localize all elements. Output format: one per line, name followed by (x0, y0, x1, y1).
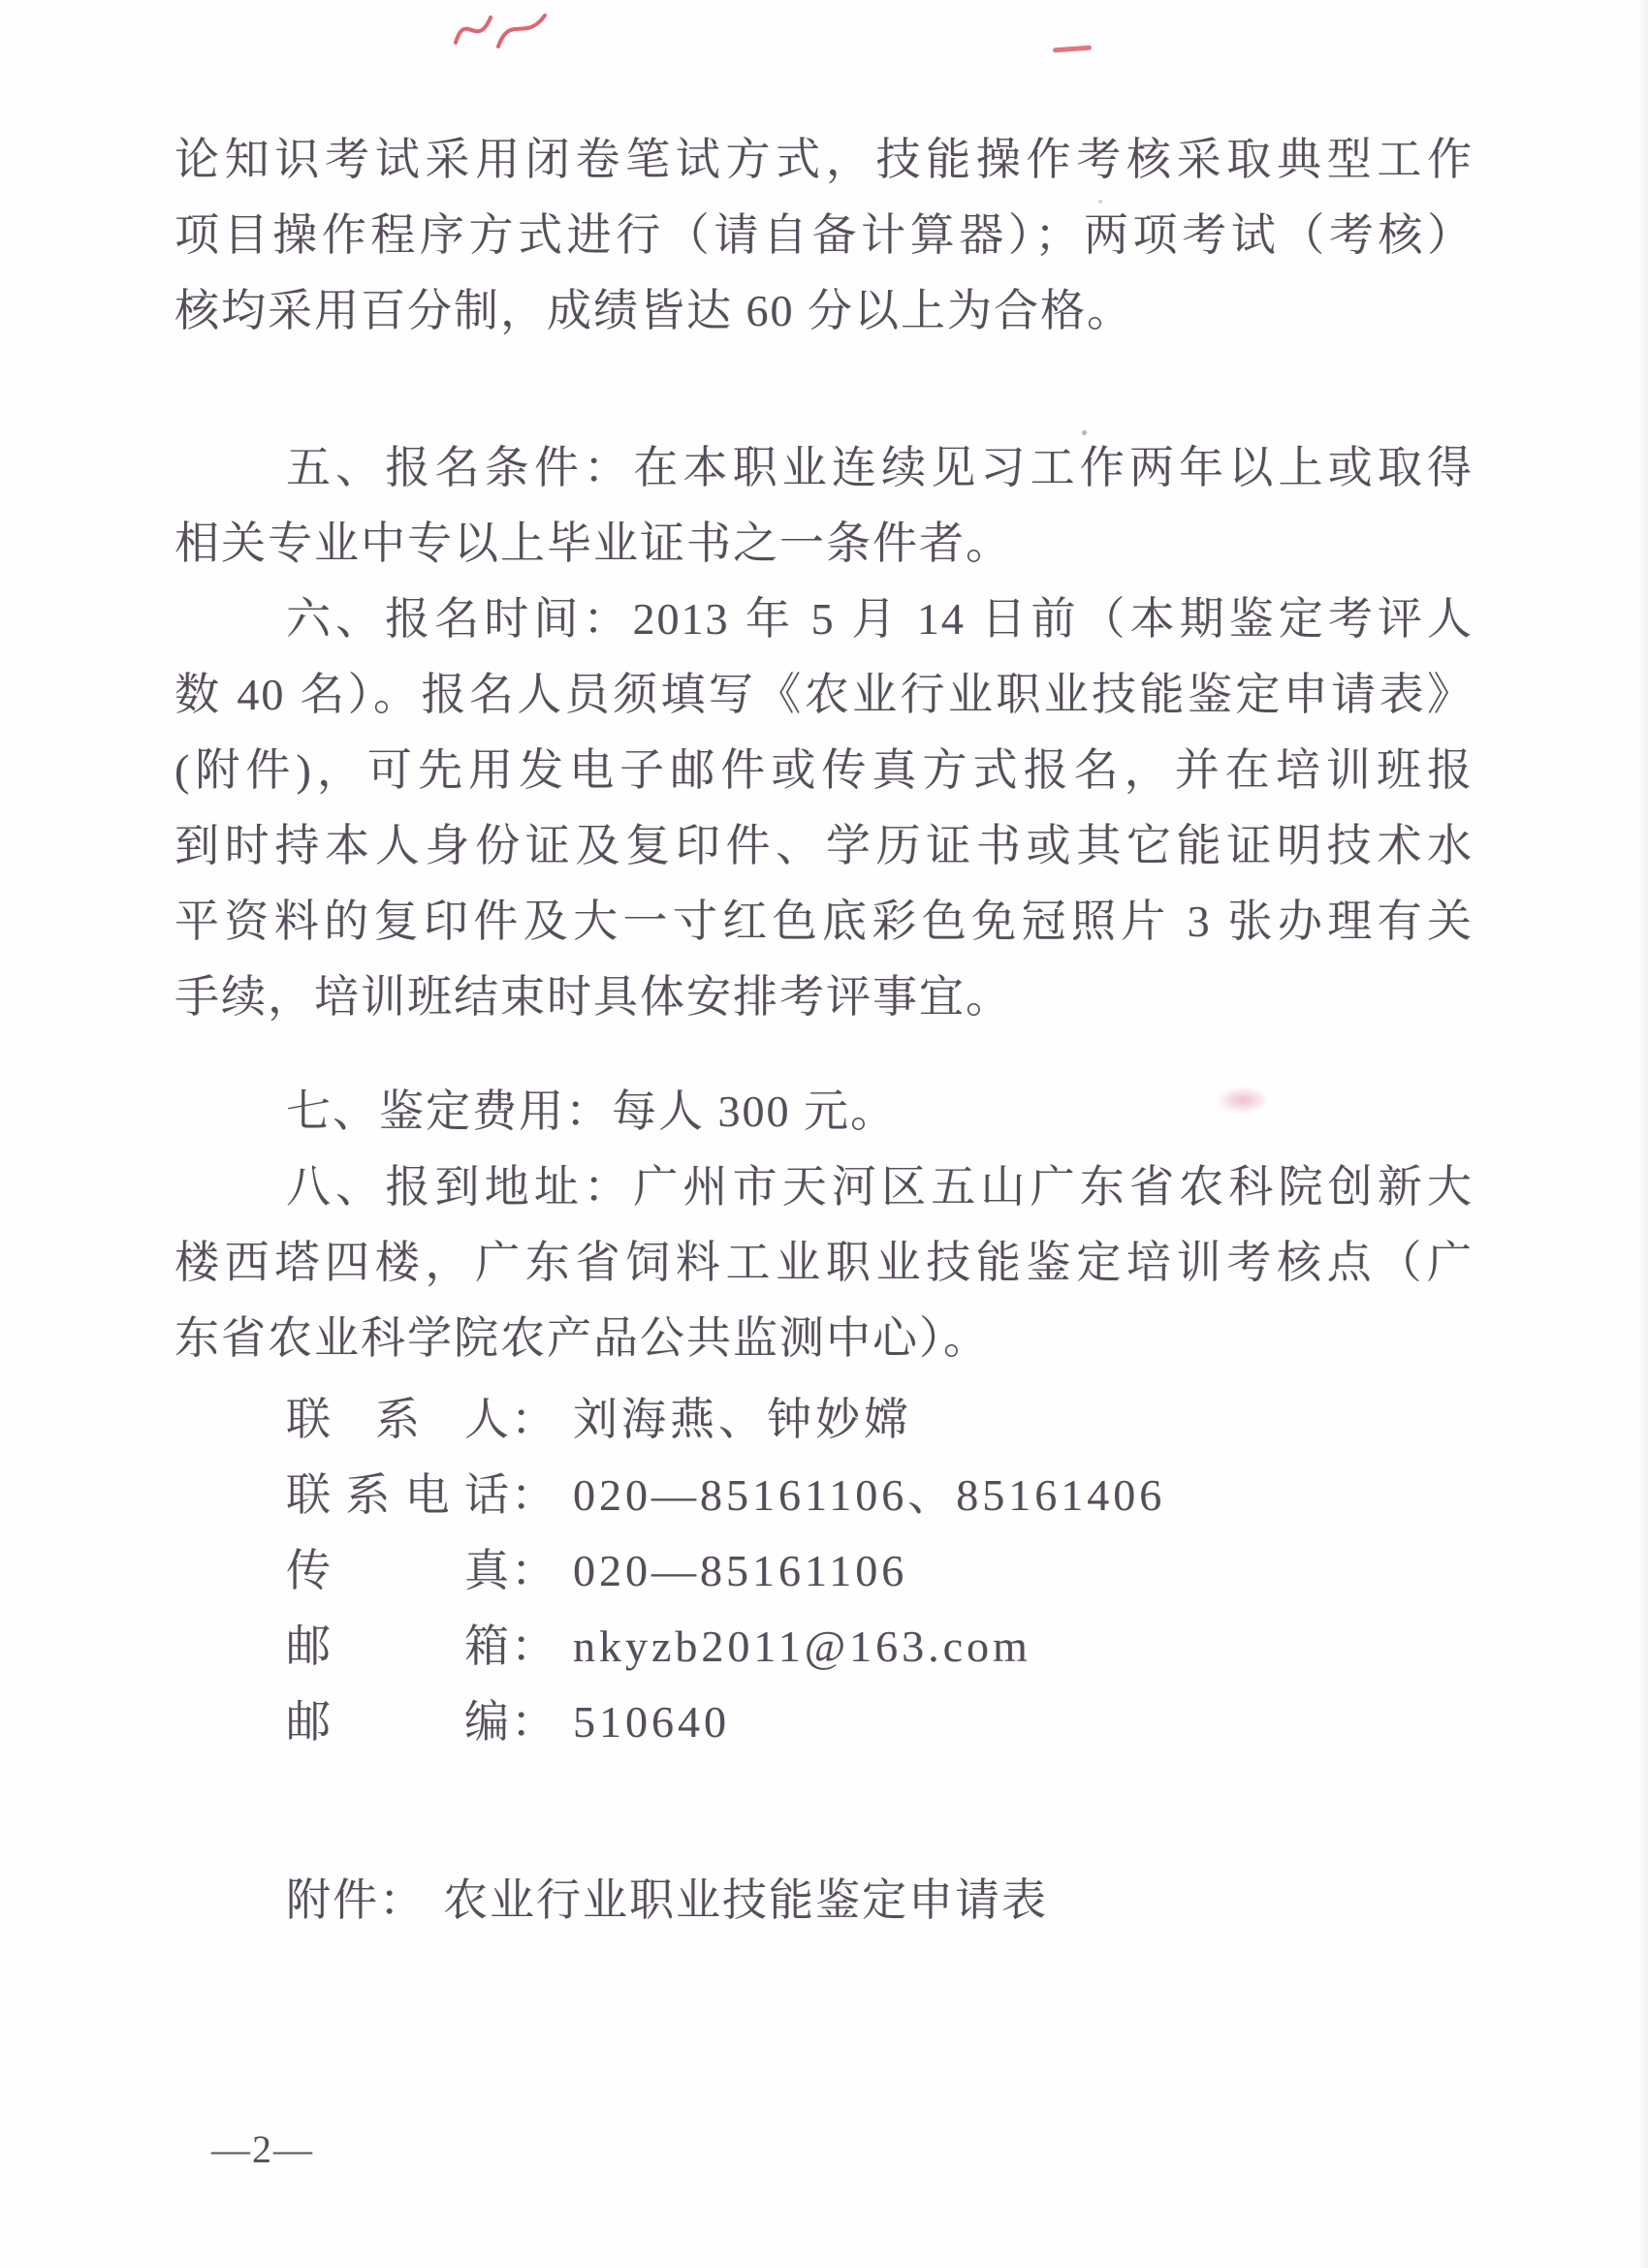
attachment-label: 附件 (286, 1875, 379, 1925)
body-line: 核均采用百分制，成绩皆达 60 分以上为合格。 (174, 273, 1474, 349)
contact-label: 传真 (286, 1533, 511, 1609)
red-pen-dash-mark (1053, 46, 1092, 53)
body-line: 楼西塔四楼，广东省饲料工业职业技能鉴定培训考核点（广 (174, 1225, 1474, 1301)
body-line-section-6: 六、报名时间：2013 年 5 月 14 日前（本期鉴定考评人 (174, 582, 1474, 657)
contact-label: 联系电话 (286, 1458, 511, 1533)
contact-value: 刘海燕、钟妙嫦 (573, 1382, 912, 1458)
contact-value: 510640 (573, 1685, 730, 1760)
body-line: 东省农业科学院农产品公共监测中心）。 (174, 1301, 1474, 1376)
contact-value: nkyzb2011@163.com (573, 1609, 1031, 1685)
contact-value: 020—85161106、85161406 (573, 1458, 1165, 1533)
body-line: 手续，培训班结束时具体安排考评事宜。 (174, 960, 1474, 1035)
body-line: 到时持本人身份证及复印件、学历证书或其它能证明技术水 (174, 808, 1474, 884)
contact-colon: ： (511, 1609, 557, 1685)
body-line-section-7: 七、鉴定费用：每人 300 元。 (174, 1074, 1474, 1150)
red-pen-scribble-mark (448, 2, 555, 64)
contact-label: 邮箱 (286, 1609, 511, 1685)
body-line: 数 40 名）。报名人员须填写《农业行业职业技能鉴定申请表》 (174, 657, 1474, 733)
contact-row-email: 邮箱：nkyzb2011@163.com (174, 1609, 1474, 1685)
attachment-value: 农业行业职业技能鉴定申请表 (443, 1875, 1048, 1925)
body-line: 项目操作程序方式进行（请自备计算器）；两项考试（考核） (174, 198, 1474, 273)
contact-value: 020—85161106 (573, 1533, 907, 1609)
contact-row-fax: 传真：020—85161106 (174, 1533, 1474, 1609)
contact-colon: ： (511, 1685, 557, 1760)
contact-colon: ： (511, 1533, 557, 1609)
attachment-line: 附件：农业行业职业技能鉴定申请表 (174, 1863, 1474, 1938)
contact-label: 邮编 (286, 1685, 511, 1760)
attachment-colon: ： (379, 1875, 426, 1925)
contact-label: 联系人 (286, 1382, 511, 1458)
contact-colon: ： (511, 1382, 557, 1458)
contact-row-person: 联系人：刘海燕、钟妙嫦 (174, 1382, 1474, 1458)
scanned-document-page: 论知识考试采用闭卷笔试方式，技能操作考核采取典型工作 项目操作程序方式进行（请自… (0, 0, 1648, 2268)
body-line-section-8: 八、报到地址：广州市天河区五山广东省农科院创新大 (174, 1150, 1474, 1225)
body-line-section-5: 五、报名条件：在本职业连续见习工作两年以上或取得 (174, 430, 1474, 506)
contact-row-phone: 联系电话：020—85161106、85161406 (174, 1458, 1474, 1533)
contact-row-zipcode: 邮编：510640 (174, 1685, 1474, 1760)
body-line: (附件)，可先用发电子邮件或传真方式报名，并在培训班报 (174, 733, 1474, 808)
page-number: —2— (211, 2128, 314, 2171)
document-body: 论知识考试采用闭卷笔试方式，技能操作考核采取典型工作 项目操作程序方式进行（请自… (174, 122, 1474, 1938)
body-line: 论知识考试采用闭卷笔试方式，技能操作考核采取典型工作 (174, 122, 1474, 198)
body-line: 相关专业中专以上毕业证书之一条件者。 (174, 506, 1474, 582)
contact-colon: ： (511, 1458, 557, 1533)
body-line: 平资料的复印件及大一寸红色底彩色免冠照片 3 张办理有关 (174, 884, 1474, 960)
